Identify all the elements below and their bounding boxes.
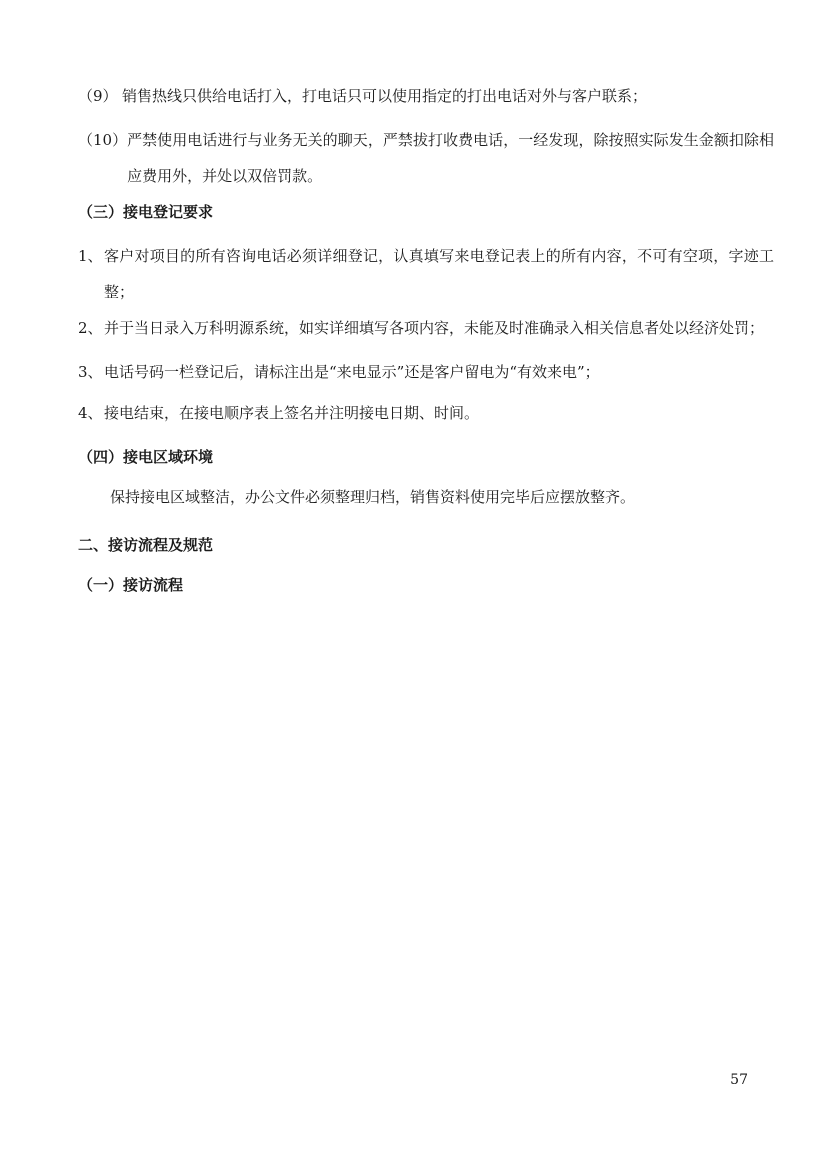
list-marker-9: （9）: [78, 78, 122, 114]
list-text-1: 客户对项目的所有咨询电话必须详细登记，认真填写来电登记表上的所有内容，不可有空项…: [104, 238, 774, 310]
document-body: （9） 销售热线只供给电话打入，打电话只可以使用指定的打出电话对外与客户联系； …: [0, 0, 820, 603]
list-text-4: 接电结束，在接电顺序表上签名并注明接电日期、时间。: [104, 395, 774, 431]
list-item-9: （9） 销售热线只供给电话打入，打电话只可以使用指定的打出电话对外与客户联系；: [78, 78, 774, 114]
heading-chapter-2: 二、接访流程及规范: [78, 527, 774, 563]
paragraph-area-environment: 保持接电区域整洁，办公文件必须整理归档，销售资料使用完毕后应摆放整齐。: [78, 479, 774, 515]
heading-section-4: （四）接电区域环境: [78, 439, 774, 475]
heading-section-3: （三）接电登记要求: [78, 194, 774, 230]
heading-chapter-2-section-1: （一）接访流程: [78, 567, 774, 603]
list-marker-2: 2、: [78, 310, 104, 346]
list-text-2: 并于当日录入万科明源系统，如实详细填写各项内容，未能及时准确录入相关信息者处以经…: [104, 310, 774, 346]
page-number: 57: [730, 1070, 748, 1090]
list-marker-10: （10）: [78, 122, 127, 194]
list-item-2: 2、 并于当日录入万科明源系统，如实详细填写各项内容，未能及时准确录入相关信息者…: [78, 310, 774, 346]
list-item-3: 3、 电话号码一栏登记后，请标注出是“来电显示”还是客户留电为“有效来电”；: [78, 354, 774, 390]
list-text-3: 电话号码一栏登记后，请标注出是“来电显示”还是客户留电为“有效来电”；: [104, 354, 774, 390]
list-text-10: 严禁使用电话进行与业务无关的聊天，严禁拔打收费电话，一经发现，除按照实际发生金额…: [127, 122, 774, 194]
list-item-4: 4、 接电结束，在接电顺序表上签名并注明接电日期、时间。: [78, 395, 774, 431]
list-marker-3: 3、: [78, 354, 104, 390]
document-page: （9） 销售热线只供给电话打入，打电话只可以使用指定的打出电话对外与客户联系； …: [0, 0, 820, 1159]
list-item-1: 1、 客户对项目的所有咨询电话必须详细登记，认真填写来电登记表上的所有内容，不可…: [78, 238, 774, 310]
list-marker-4: 4、: [78, 395, 104, 431]
list-text-9: 销售热线只供给电话打入，打电话只可以使用指定的打出电话对外与客户联系；: [122, 78, 774, 114]
list-item-10: （10） 严禁使用电话进行与业务无关的聊天，严禁拔打收费电话，一经发现，除按照实…: [78, 122, 774, 194]
list-marker-1: 1、: [78, 238, 104, 310]
